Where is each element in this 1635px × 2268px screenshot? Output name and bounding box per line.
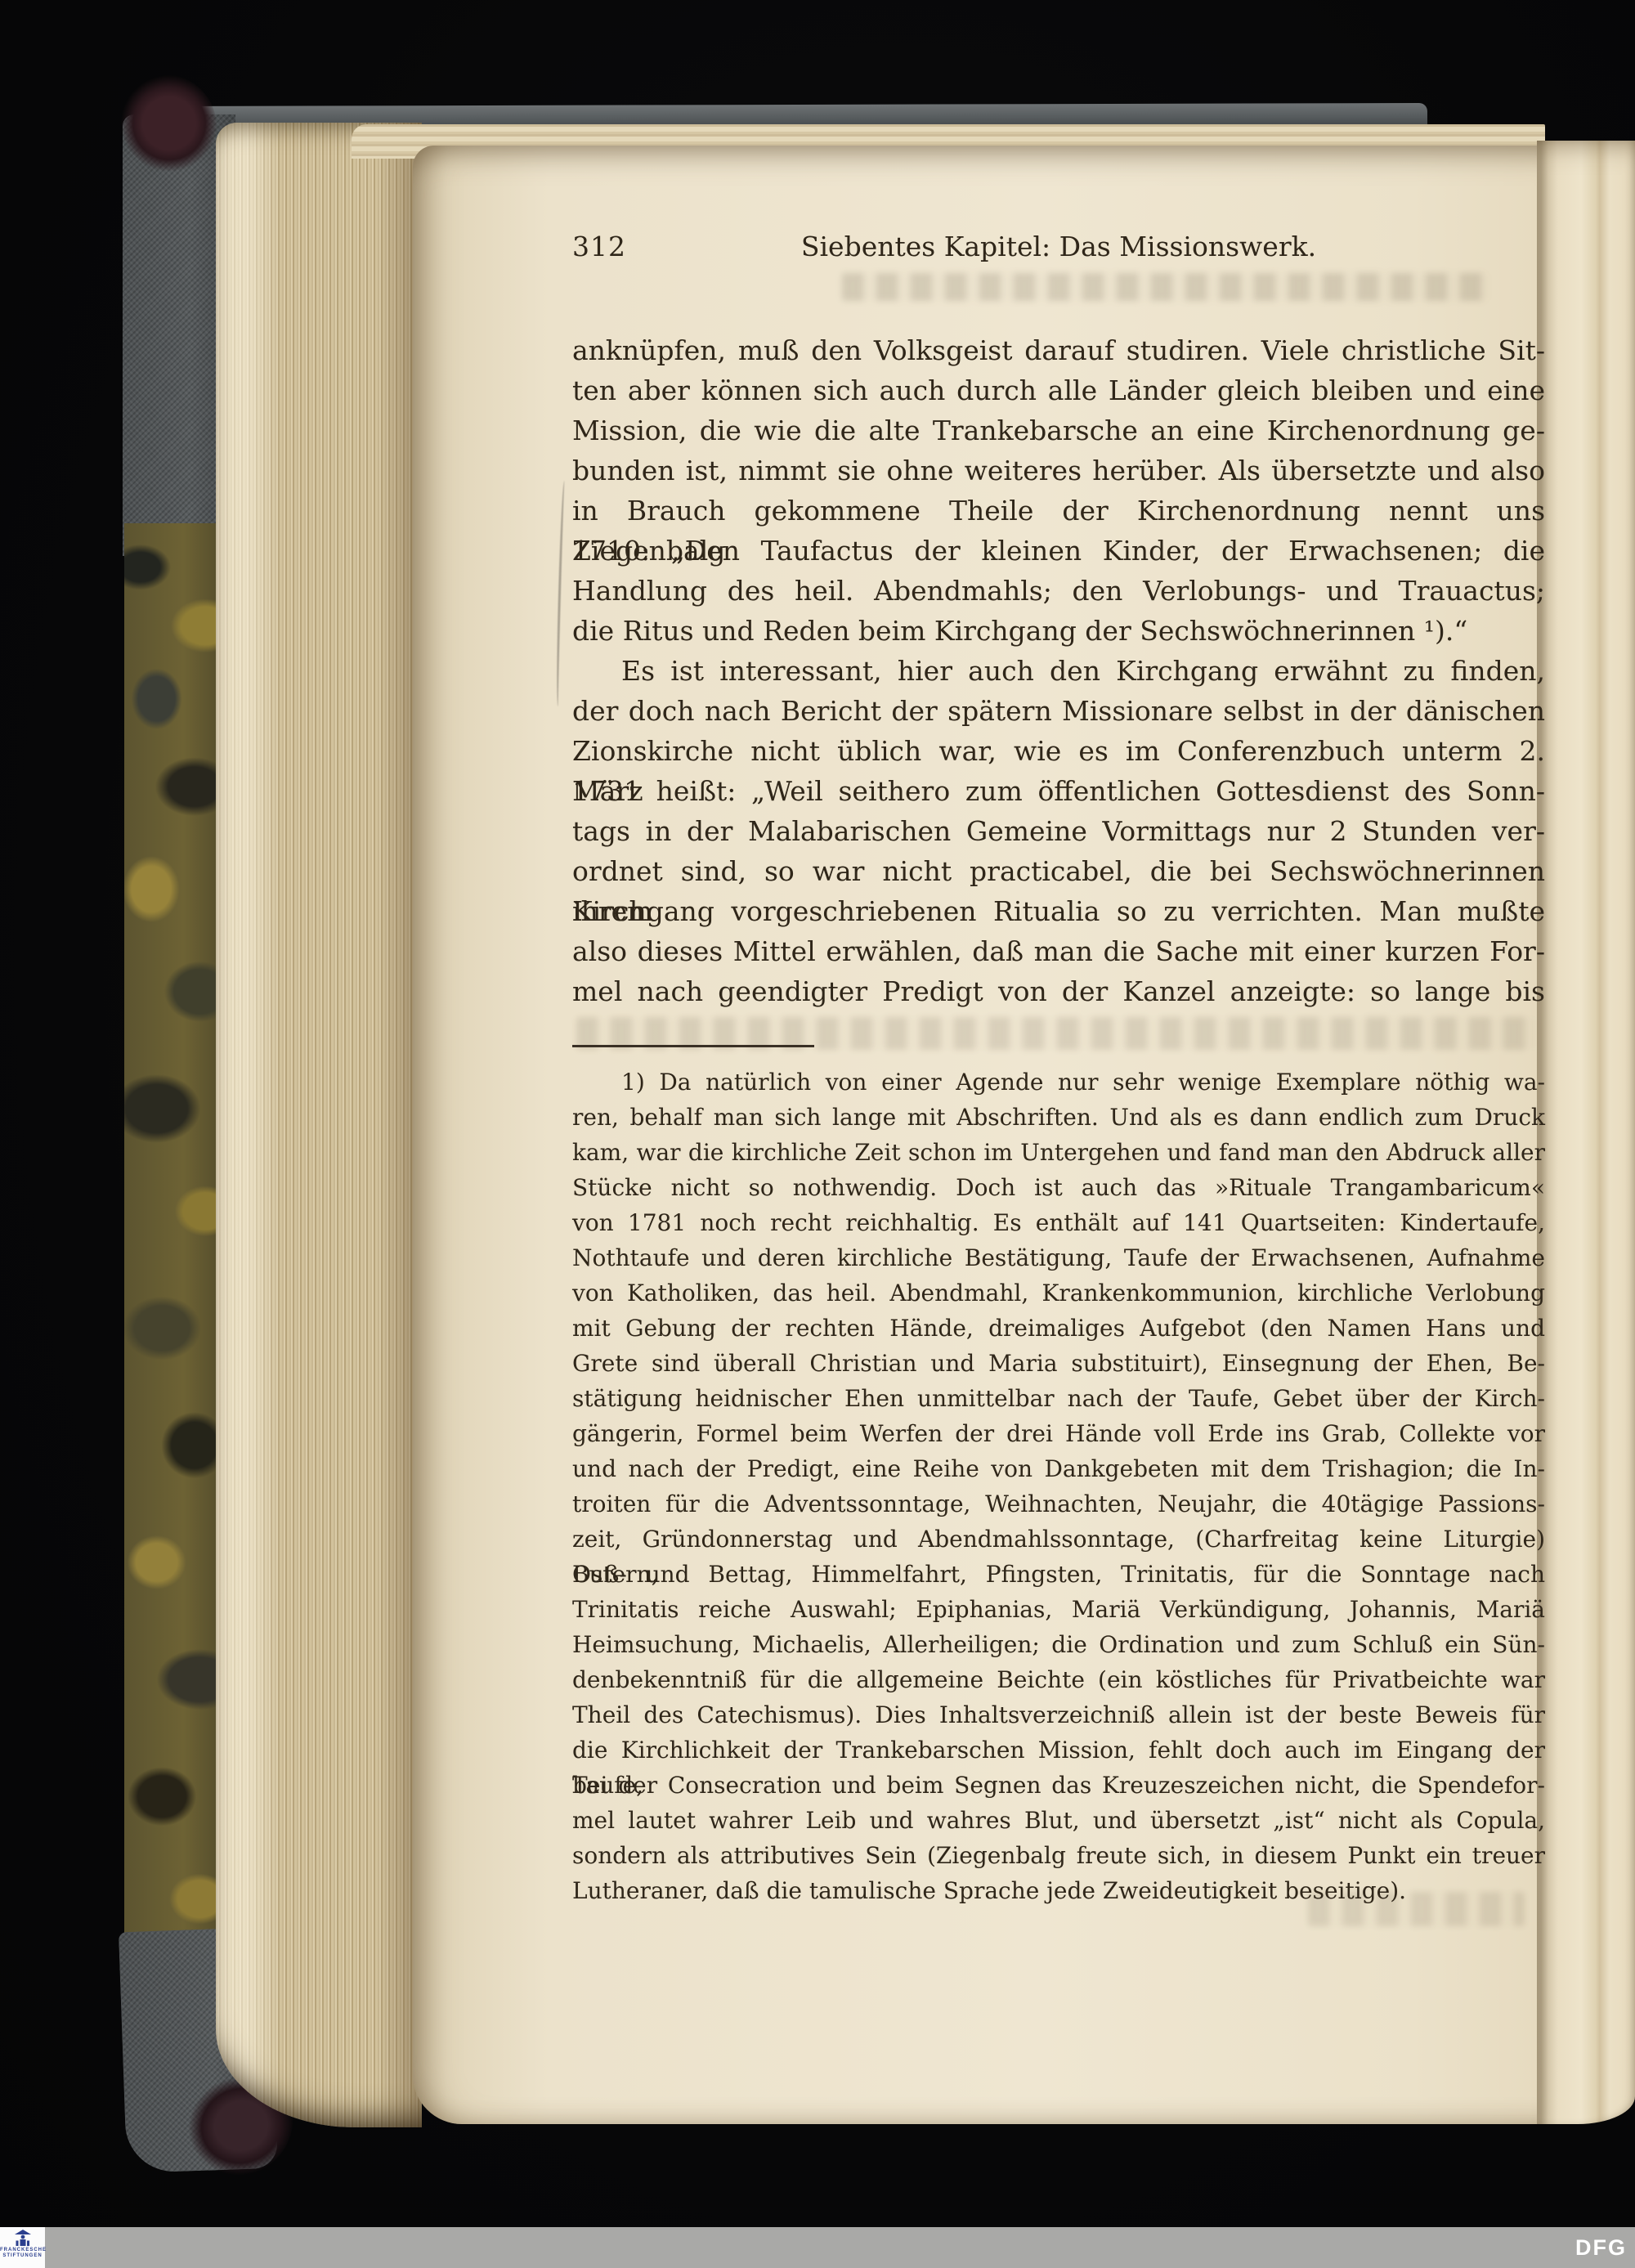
text-line: in Brauch gekommene Theile der Kirchenor… [572, 491, 1545, 531]
footnote-text: 1) Da natürlich von einer Agende nur seh… [572, 1065, 1545, 1908]
dfg-logo: DFG [1557, 2227, 1633, 2268]
text-line: Handlung des heil. Abendmahls; den Verlo… [572, 571, 1545, 611]
digitisation-footer-bar [0, 2227, 1635, 2268]
footnote-line: Stücke nicht so nothwendig. Doch ist auc… [572, 1170, 1545, 1205]
text-line: der doch nach Bericht der spätern Missio… [572, 691, 1545, 731]
footnote-line: bei der Consecration und beim Segnen das… [572, 1768, 1545, 1803]
text-line: mel nach geendigter Predigt von der Kanz… [572, 971, 1545, 1011]
text-line: 1710: „Den Taufactus der kleinen Kinder,… [572, 531, 1545, 571]
page-stack-fore-edge [216, 123, 422, 2127]
footnote-line: troiten für die Adventssonntage, Weihnac… [572, 1486, 1545, 1522]
footnote-line: kam, war die kirchliche Zeit schon im Un… [572, 1135, 1545, 1170]
footnote-line: 1) Da natürlich von einer Agende nur seh… [572, 1065, 1545, 1100]
footnote-line: Theil des Catechismus). Dies Inhaltsverz… [572, 1697, 1545, 1732]
footnote-line: und nach der Predigt, eine Reihe von Dan… [572, 1451, 1545, 1486]
text-line: anknüpfen, muß den Volksgeist darauf stu… [572, 330, 1545, 370]
text-line: ten aber können sich auch durch alle Län… [572, 370, 1545, 410]
footnote-line: Nothtaufe und deren kirchliche Bestätigu… [572, 1240, 1545, 1275]
footnote-line: stätigung heidnischer Ehen unmittelbar n… [572, 1381, 1545, 1416]
footnote-line: Heimsuchung, Michaelis, Allerheiligen; d… [572, 1627, 1545, 1662]
text-line: bunden ist, nimmt sie ohne weiteres herü… [572, 450, 1545, 491]
footnote-line: denbekenntniß für die allgemeine Beichte… [572, 1662, 1545, 1697]
text-line: 1731 heißt: „Weil seithero zum öffentlic… [572, 771, 1545, 811]
footnote-line: die Kirchlichkeit der Trankebarschen Mis… [572, 1732, 1545, 1768]
page-gutter-fold [1537, 141, 1635, 2124]
text-line: Kirchgang vorgeschriebenen Ritualia so z… [572, 891, 1545, 931]
running-header: Siebentes Kapitel: Das Missionswerk. [572, 231, 1545, 263]
footnote-line: von Katholiken, das heil. Abendmahl, Kra… [572, 1275, 1545, 1311]
footnote-line: ren, behalf man sich lange mit Abschrift… [572, 1100, 1545, 1135]
text-line: Mission, die wie die alte Trankebarsche … [572, 410, 1545, 450]
footnote-line: sondern als attributives Sein (Ziegenbal… [572, 1838, 1545, 1873]
footnote-line: mit Gebung der rechten Hände, dreimalige… [572, 1311, 1545, 1346]
footnote-line: Lutheraner, daß die tamulische Sprache j… [572, 1873, 1545, 1908]
footnote-line: Buß- und Bettag, Himmelfahrt, Pfingsten,… [572, 1557, 1545, 1592]
text-line: ordnet sind, so war nicht practicabel, d… [572, 851, 1545, 891]
footnote-line: Grete sind überall Christian und Maria s… [572, 1346, 1545, 1381]
running-header-row: 312 Siebentes Kapitel: Das Missionswerk. [572, 231, 1545, 263]
library-logo-text-line1: FRANCKESCHE [0, 2248, 45, 2253]
bleed-through-text [842, 273, 1488, 301]
text-line: Zionskirche nicht üblich war, wie es im … [572, 731, 1545, 771]
footnote-separator-rule [572, 1045, 814, 1047]
body-text: anknüpfen, muß den Volksgeist darauf stu… [572, 330, 1545, 1011]
library-logo-box: FRANCKESCHE STIFTUNGEN [0, 2227, 45, 2268]
footnote-line: mel lautet wahrer Leib und wahres Blut, … [572, 1803, 1545, 1838]
footnote-line: gängerin, Formel beim Werfen der drei Hä… [572, 1416, 1545, 1451]
footnote-line: von 1781 noch recht reichhaltig. Es enth… [572, 1205, 1545, 1240]
francke-foundations-icon [15, 2230, 31, 2248]
scanned-book-photo: 312 Siebentes Kapitel: Das Missionswerk.… [0, 0, 1635, 2268]
text-line: die Ritus und Reden beim Kirchgang der S… [572, 611, 1545, 651]
footnote-line: Trinitatis reiche Auswahl; Epiphanias, M… [572, 1592, 1545, 1627]
text-line: Es ist interessant, hier auch den Kirchg… [572, 651, 1545, 691]
text-line: tags in der Malabarischen Gemeine Vormit… [572, 811, 1545, 851]
library-logo-text-line2: STIFTUNGEN [0, 2253, 45, 2259]
footnote-line: zeit, Gründonnerstag und Abendmahlssonnt… [572, 1522, 1545, 1557]
text-line: also dieses Mittel erwählen, daß man die… [572, 931, 1545, 971]
